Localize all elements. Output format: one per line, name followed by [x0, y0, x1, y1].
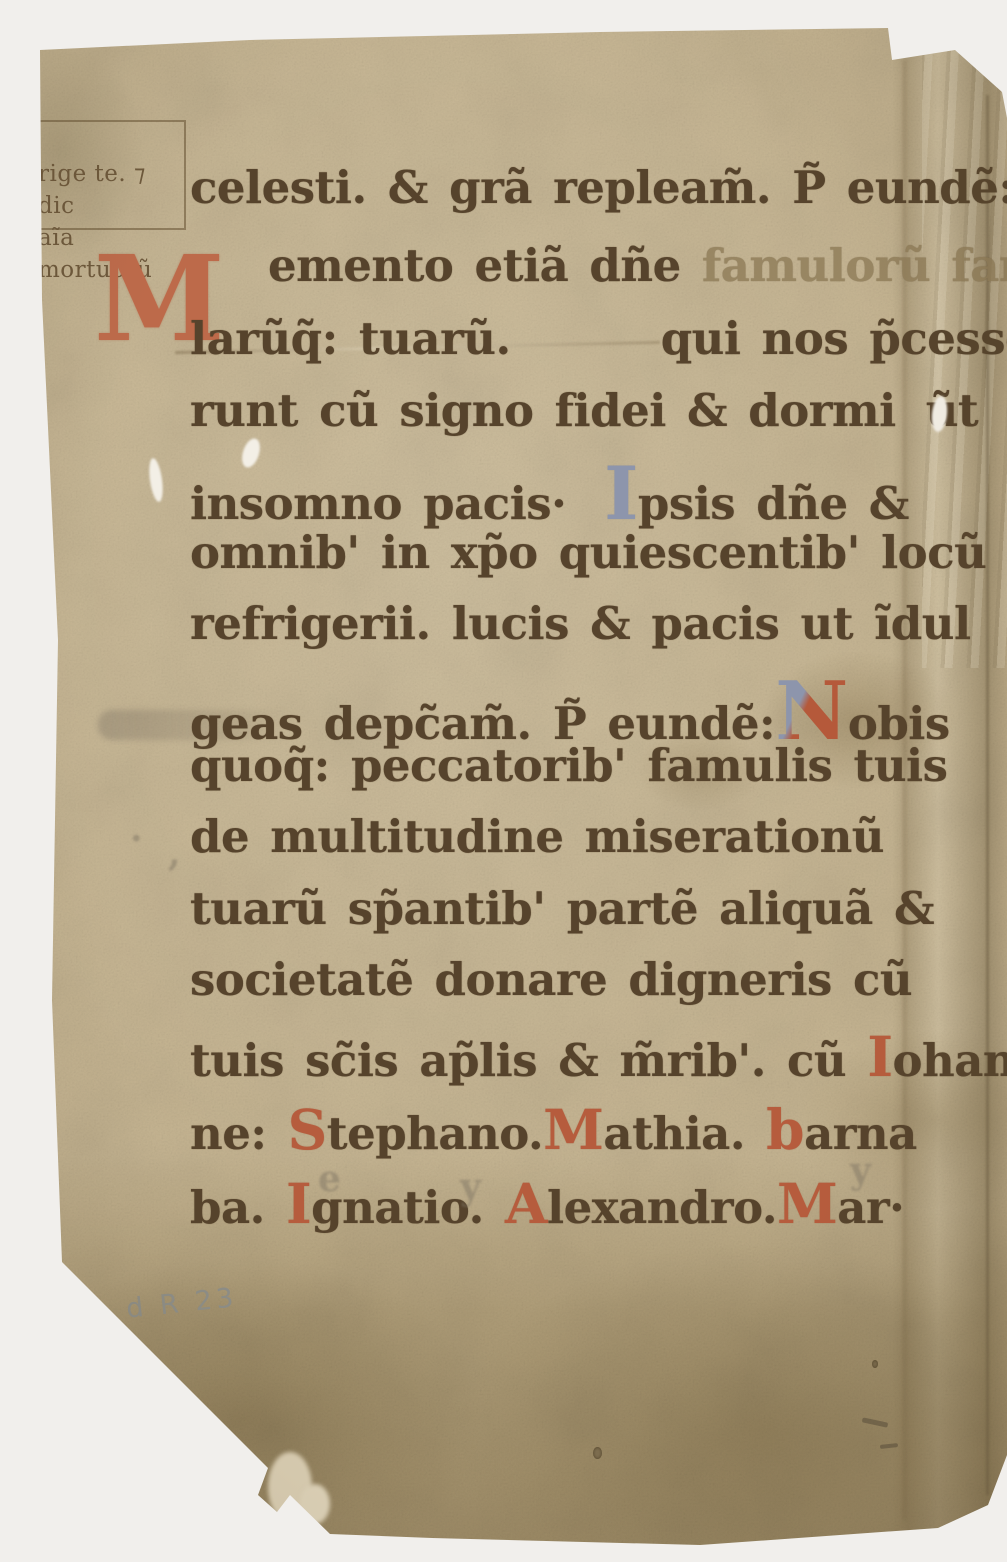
text-segment: societatẽ donare digneris cũ: [190, 953, 912, 1006]
ghost-mark: e: [318, 1158, 341, 1200]
manuscript-line: quoq̃: peccatorib' famulis tuis: [190, 743, 947, 788]
text-segment: quoq̃: peccatorib' famulis tuis: [190, 739, 947, 792]
text-segment: I: [604, 452, 638, 537]
manuscript-line: larũq̃: tuarũ.qui nos p̃cesse: [190, 316, 1007, 361]
text-segment: ba.: [190, 1181, 286, 1234]
text-segment: lexandro.: [547, 1181, 777, 1234]
text-segment: larũq̃: tuarũ.: [190, 312, 511, 365]
manuscript-line: refrigerii. lucis & pacis ut ĩdul: [190, 601, 971, 646]
manuscript-line: de multitudine miserationũ: [190, 814, 884, 859]
manuscript-line: insomno pacis·Ipsis dñe &: [190, 459, 909, 532]
text-segment: S: [288, 1097, 327, 1162]
text-segment: I: [867, 1024, 892, 1089]
text-segment: M: [543, 1097, 603, 1162]
text-segment: runt cũ signo fidei & dormi: [190, 384, 896, 437]
text-segment: de multitudine miserationũ: [190, 810, 884, 863]
worm-hole: [872, 1360, 878, 1368]
manuscript-line: ba. Ignatio. Alexandro.Mar·: [190, 1177, 904, 1232]
text-segment: tuarũ sp̃antib' partẽ aliquã &: [190, 882, 934, 935]
ghost-mark: y: [850, 1150, 871, 1192]
text-segment: qui nos p̃cesse: [661, 312, 1007, 365]
manuscript-line: runt cũ signo fidei & dormiũt: [190, 388, 978, 433]
manuscript-line: societatẽ donare digneris cũ: [190, 957, 912, 1002]
worm-hole: [593, 1447, 602, 1459]
text-block: celesti. & grã repleam̃. P̃ eundẽ:emento…: [0, 0, 1007, 1562]
text-segment: ne:: [190, 1107, 288, 1160]
manuscript-line: emento etiã dñe famulorũ famu: [268, 243, 1007, 288]
text-segment: tuis sc̃is ap̃lis & m̃rib'. cũ: [190, 1034, 867, 1087]
text-segment: insomno pacis·: [190, 477, 566, 530]
text-segment: tephano.: [327, 1107, 543, 1160]
manuscript-line: tuis sc̃is ap̃lis & m̃rib'. cũ Iohan: [190, 1030, 1007, 1085]
page-background: rige te. ⁊ dic aĩa mortuorũ M celesti. &…: [0, 0, 1007, 1562]
manuscript-line: tuarũ sp̃antib' partẽ aliquã &: [190, 886, 934, 931]
text-segment: emento etiã dñe: [268, 239, 702, 292]
text-segment: I: [286, 1171, 311, 1236]
text-segment: ohan: [893, 1034, 1007, 1087]
vellum-flaw: [300, 1484, 330, 1524]
text-segment: famulorũ famu: [702, 239, 1007, 292]
text-segment: A: [505, 1171, 547, 1236]
text-segment: M: [777, 1171, 837, 1236]
text-segment: psis dñe &: [638, 477, 909, 530]
manuscript-line: omnib' in xp̃o quiescentib' locũ: [190, 530, 986, 575]
manuscript-leaf: rige te. ⁊ dic aĩa mortuorũ M celesti. &…: [0, 0, 1007, 1562]
text-segment: athia.: [603, 1107, 766, 1160]
manuscript-line: celesti. & grã repleam̃. P̃ eundẽ:: [190, 165, 1007, 210]
text-segment: celesti. & grã repleam̃. P̃ eundẽ:: [190, 161, 1007, 214]
ghost-mark: ·: [130, 818, 143, 860]
ghost-mark: ,: [168, 832, 181, 874]
manuscript-line: ne: Stephano.Mathia. barna: [190, 1103, 917, 1158]
text-segment: refrigerii. lucis & pacis ut ĩdul: [190, 597, 971, 650]
ghost-mark: y: [460, 1166, 481, 1208]
text-segment: b: [766, 1097, 804, 1162]
text-segment: omnib' in xp̃o quiescentib' locũ: [190, 526, 986, 579]
